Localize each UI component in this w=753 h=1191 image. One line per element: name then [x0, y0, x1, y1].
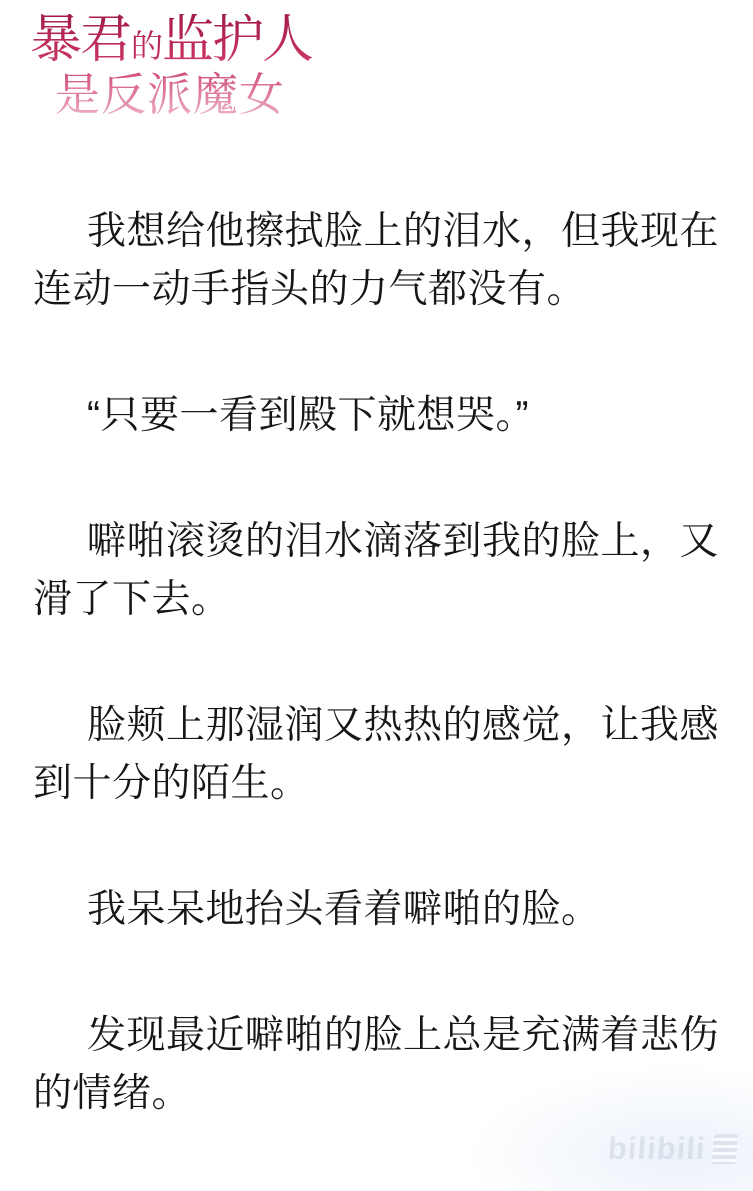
paragraph-2-dialogue: “只要一看到殿下就想哭。”: [33, 387, 720, 445]
paragraph-6: 发现最近噼啪的脸上总是充满着悲伤 的情绪。: [33, 1007, 720, 1123]
bilibili-seal-icon: [712, 1134, 738, 1164]
bilibili-logo-text: bilibili: [607, 1131, 707, 1167]
novel-page: 暴君 的 监护人 是反派魔女 我想给他擦拭脸上的泪水，但我现在 连动一动手指头的…: [0, 0, 753, 1191]
novel-text-body: 我想给他擦拭脸上的泪水，但我现在 连动一动手指头的力气都没有。 “只要一看到殿下…: [33, 203, 720, 1191]
bilibili-watermark: bilibili: [607, 1131, 738, 1167]
paragraph-5: 我呆呆地抬头看着噼啪的脸。: [33, 881, 720, 939]
paragraph-4: 脸颊上那湿润又热热的感觉，让我感 到十分的陌生。: [33, 697, 720, 813]
paragraph-3: 噼啪滚烫的泪水滴落到我的脸上，又 滑了下去。: [33, 513, 720, 629]
series-logo-line1: 暴君 的 监护人: [30, 14, 312, 69]
logo-line1-part1: 暴君: [30, 14, 130, 69]
logo-line1-de: 的: [131, 30, 161, 64]
paragraph-1: 我想给他擦拭脸上的泪水，但我现在 连动一动手指头的力气都没有。: [33, 203, 720, 319]
logo-line1-part2: 监护人: [162, 14, 312, 69]
series-logo-line2: 是反派魔女: [55, 72, 312, 119]
series-logo: 暴君 的 监护人 是反派魔女: [30, 14, 312, 119]
